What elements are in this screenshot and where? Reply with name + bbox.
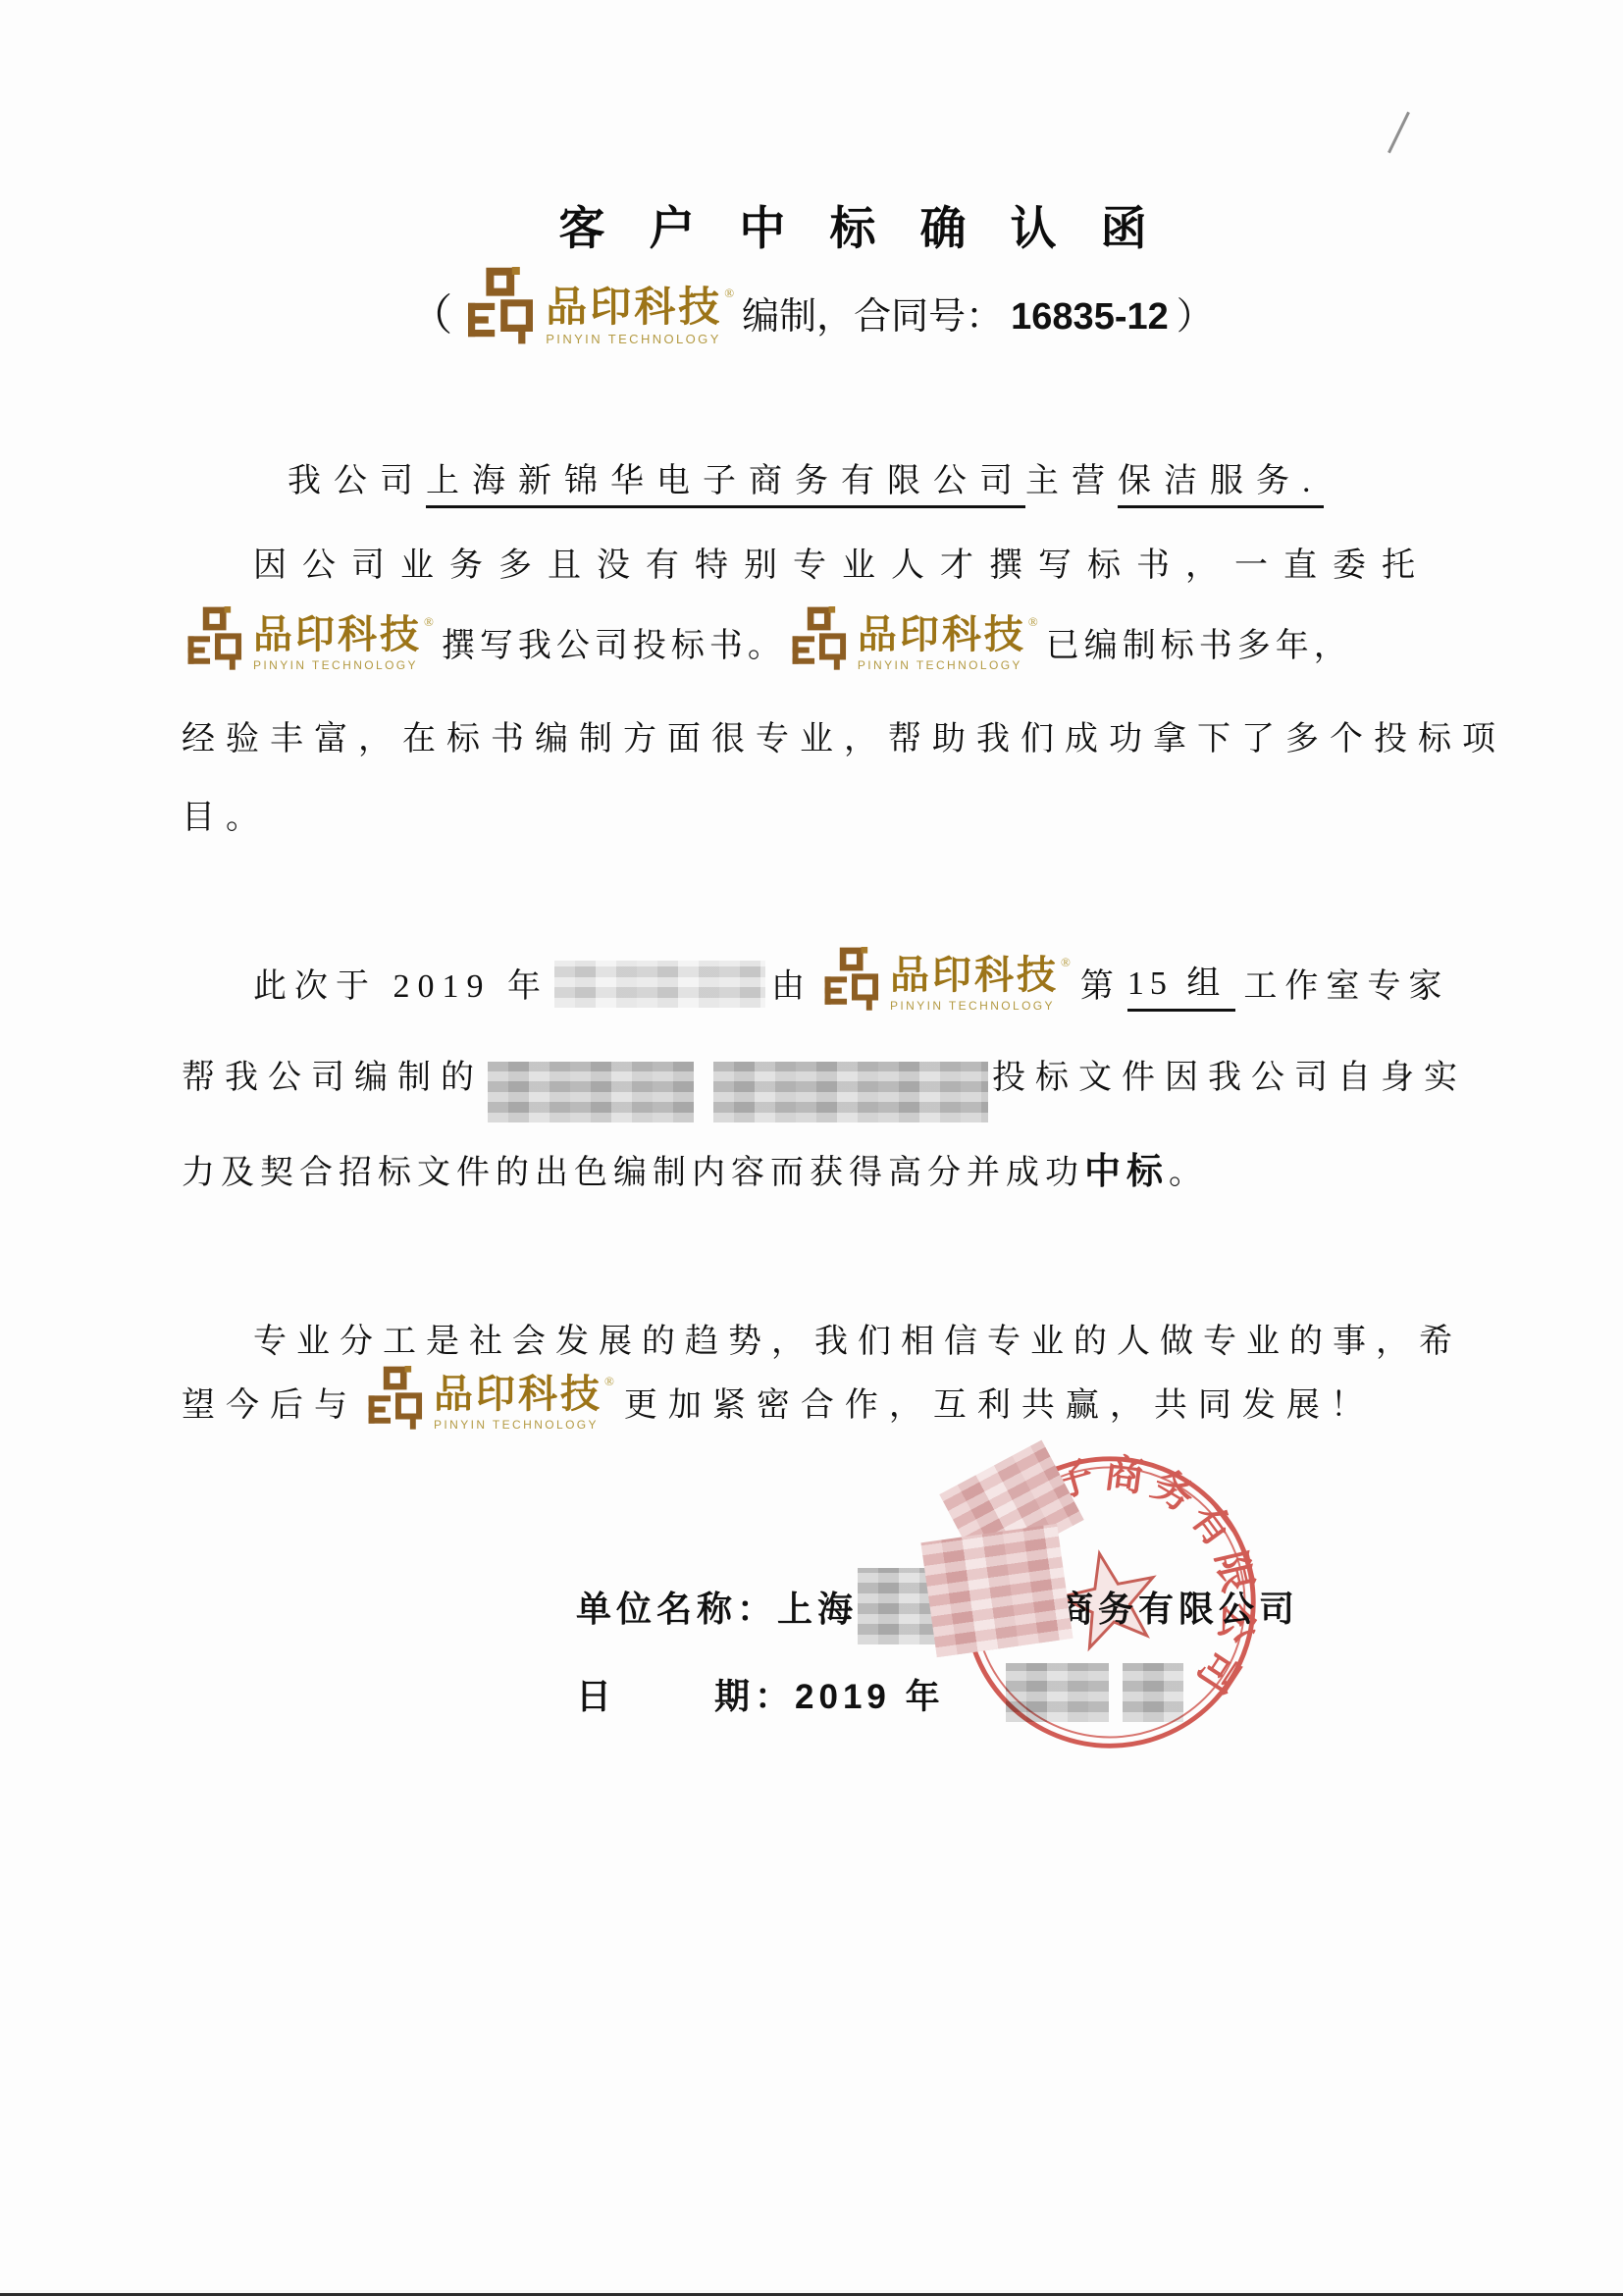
pinyin-logo-text: 品印科技 ® PINYIN TECHNOLOGY [546,287,734,345]
page-title: 客 户 中 标 确 认 函 [0,192,1623,258]
p1-company-underlined: 上海新锦华电子商务有限公司 [426,463,1025,508]
contract-number: 16835-12 [1011,298,1169,345]
pinyin-logo-icon [818,947,883,1012]
registered-mark: ® [424,615,434,628]
registered-mark: ® [1028,615,1038,628]
p3-line3-bold: 中标 [1084,1152,1169,1192]
brand-name: 品印科技 [253,615,422,654]
pinyin-logo-icon [182,606,246,671]
paragraph2-line3: 经验丰富，在标书编制方面很专业，帮助我们成功拿下了多个投标项 [182,719,1506,761]
p1-lead: 我公司 [288,463,426,499]
brand-name: 品印科技 [858,615,1026,654]
pinyin-logo-icon [460,267,539,345]
subtitle-line: （ 品印科技 ® PINYIN TECHNOLOGY 编制，合同号： 1 [0,267,1623,345]
pinyin-logo: 品印科技 ® PINYIN TECHNOLOGY [818,947,1071,1012]
scanned-letter-page: 客 户 中 标 确 认 函 （ 品印科技 ® PINYIN TECHNOLOGY [0,0,1623,2296]
brand-name: 品印科技 [434,1375,602,1414]
p2-line2-text1: 撰写我公司投标书。 [442,630,786,671]
p4-line2-start: 望今后与 [182,1389,358,1431]
date-label-left: 日 [576,1677,616,1716]
subtitle-label: 编制，合同号： [742,298,1003,345]
paragraph2-line4: 目。 [182,798,270,840]
brand-tagline: PINYIN TECHNOLOGY [434,1419,599,1431]
p3-group-underlined: 15 组 [1127,967,1236,1012]
brand-tagline: PINYIN TECHNOLOGY [546,333,721,345]
pinyin-logo-icon [786,606,851,671]
paragraph4-line1: 专业分工是社会发展的趋势，我们相信专业的人做专业的事，希 [253,1322,1462,1364]
pinyin-logo: 品印科技 ® PINYIN TECHNOLOGY [786,606,1038,671]
brand-tagline: PINYIN TECHNOLOGY [858,659,1022,671]
pinyin-logo: 品印科技 ® PINYIN TECHNOLOGY [362,1366,614,1431]
paragraph1-line1: 我公司上海新锦华电子商务有限公司主营保洁服务. [288,461,1324,503]
p3-line1-after-logo: 第 [1080,970,1122,1012]
redaction-block [713,1062,988,1122]
p3-line3-period: 。 [1169,1155,1208,1191]
paragraph3-line1: 此次于 2019 年 由 品印科技 ® PINYIN TECHNOLOGY 第 … [253,947,1449,1012]
redaction-block [554,961,765,1008]
p3-line1-mid: 由 [771,970,812,1012]
p3-line1-end: 工作室专家 [1243,970,1449,1012]
brand-tagline: PINYIN TECHNOLOGY [890,1000,1055,1012]
registered-mark: ® [724,287,734,299]
date-value: 2019 年 [795,1678,945,1716]
paragraph4-line2: 望今后与 品印科技 ® PINYIN TECHNOLOGY 更加紧密合作，互利共… [182,1366,1375,1431]
redaction-block [920,1524,1073,1657]
registered-mark: ® [1061,956,1071,968]
registered-mark: ® [604,1375,614,1387]
redaction-block [488,1062,694,1122]
p3-line1-start: 此次于 2019 年 [253,970,549,1012]
open-paren: （ [409,294,452,345]
p3-line2-start: 帮我公司编制的 [182,1062,484,1095]
paragraph2-line1: 因公司业务多且没有特别专业人才撰写标书，一直委托 [253,546,1431,588]
pinyin-logo: 品印科技 ® PINYIN TECHNOLOGY [182,606,434,671]
date-label-right: 期： [714,1677,795,1716]
brand-name: 品印科技 [546,287,722,328]
p1-mid: 主营 [1025,463,1118,499]
paragraph3-line2: 帮我公司编制的 投标文件因我公司自身实 [182,1062,1467,1095]
p3-line2-end: 投标文件因我公司自身实 [992,1062,1467,1095]
p3-line3-text: 力及契合招标文件的出色编制内容而获得高分并成功 [182,1155,1084,1191]
org-prefix: 上海 [777,1590,858,1629]
scan-artifact-tick [1387,112,1410,154]
p1-service-underlined: 保洁服务. [1118,463,1324,508]
brand-name: 品印科技 [890,956,1059,995]
brand-tagline: PINYIN TECHNOLOGY [253,659,418,671]
p4-line2-end: 更加紧密合作，互利共赢，共同发展！ [624,1389,1375,1431]
pinyin-logo-icon [362,1366,427,1431]
paragraph3-line3: 力及契合招标文件的出色编制内容而获得高分并成功中标。 [182,1150,1208,1195]
org-label: 单位名称： [576,1590,777,1629]
close-paren: ） [1177,298,1214,345]
p2-line2-text2: 已编制标书多年， [1046,630,1352,671]
paragraph2-line2: 品印科技 ® PINYIN TECHNOLOGY 撰写我公司投标书。 品印科技 … [182,606,1352,671]
pinyin-logo: 品印科技 ® PINYIN TECHNOLOGY [460,267,734,345]
